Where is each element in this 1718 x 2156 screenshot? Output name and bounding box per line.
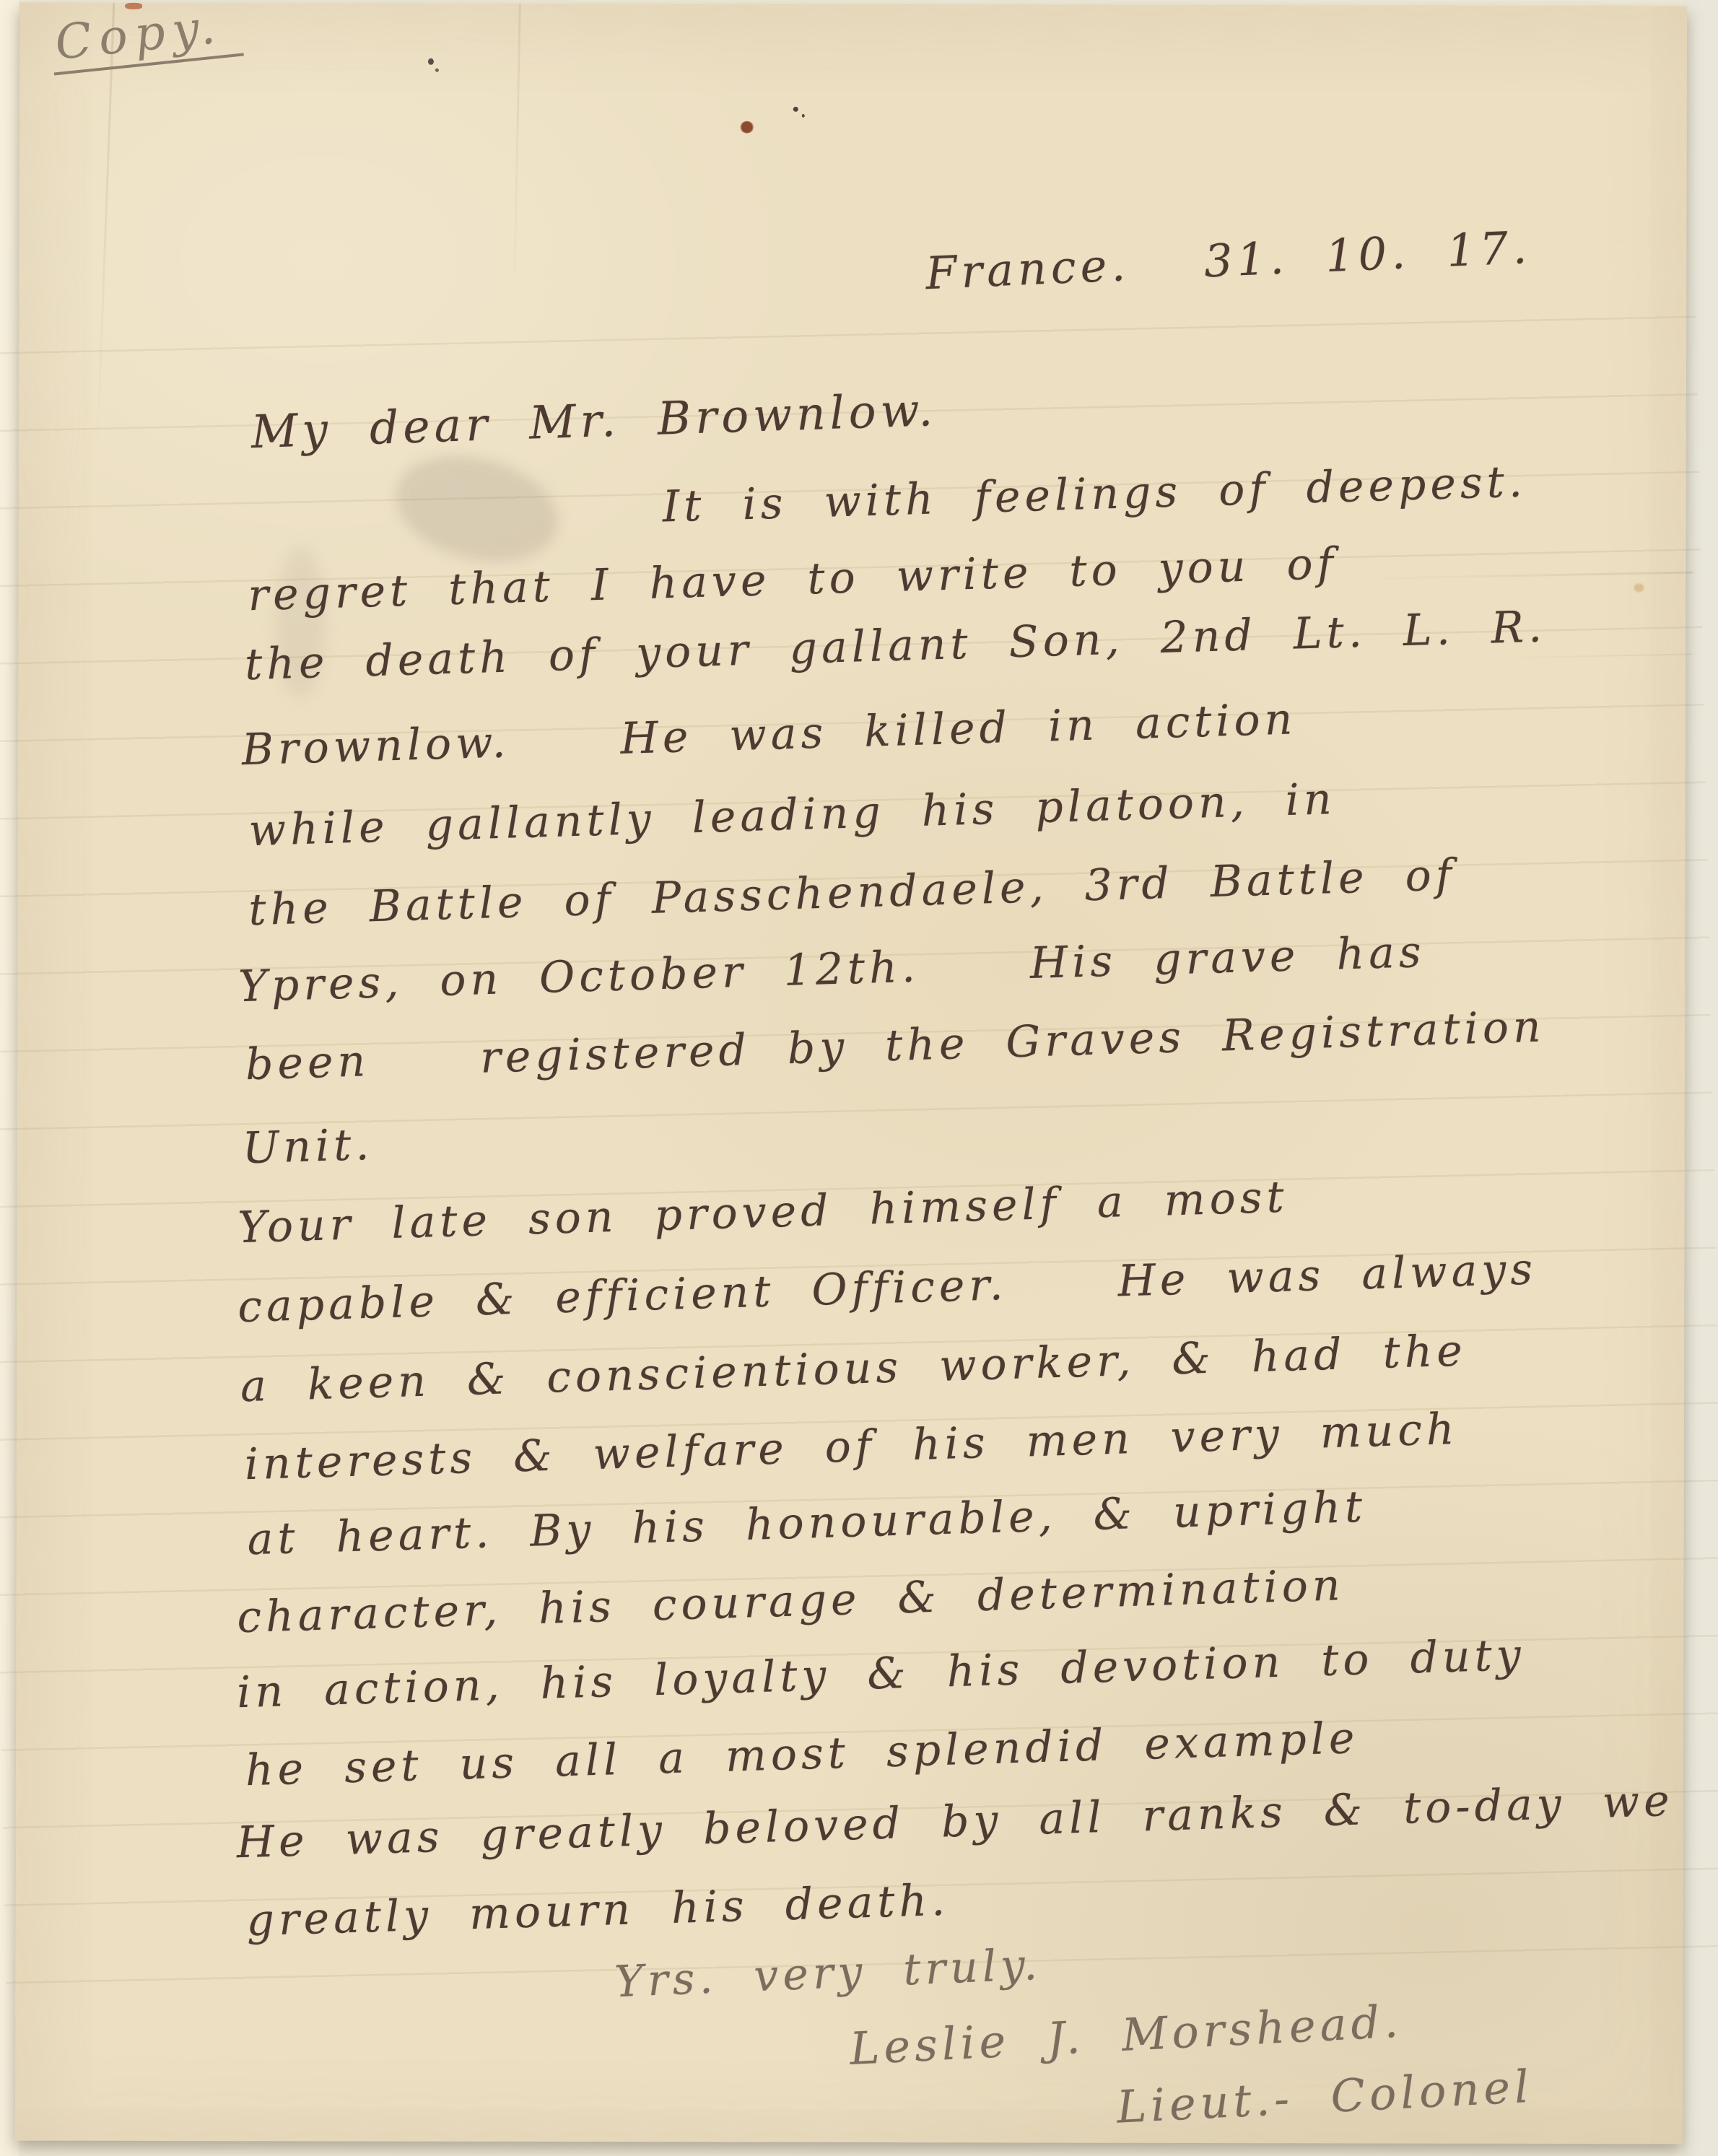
- crease-mark: [96, 3, 115, 465]
- speck: [802, 114, 805, 118]
- handwritten-line: Your late son proved himself a most: [237, 1172, 1289, 1254]
- handwritten-line: in action, his loyalty & his devotion to…: [236, 1630, 1525, 1718]
- crease-mark: [513, 4, 520, 314]
- speck: [435, 69, 439, 72]
- speck: [428, 58, 434, 65]
- handwritten-line: character, his courage & determination: [236, 1560, 1345, 1643]
- signature-name: Leslie J. Morshead.: [848, 1995, 1403, 2075]
- handwritten-line: Unit.: [242, 1120, 375, 1174]
- handwritten-line: while gallantly leading his platoon, in: [248, 774, 1337, 856]
- letter-paper: Copy. France. 31. 10. 17. My dear Mr. Br…: [15, 3, 1687, 2144]
- salutation: My dear Mr. Brownlow.: [250, 383, 938, 458]
- handwritten-line: Brownlow. He was killed in action: [241, 694, 1297, 775]
- scanned-letter-page: { "letter": { "annotation": "Copy.", "da…: [0, 0, 1718, 2156]
- signature-rank: Lieut.- Colonel: [1115, 2060, 1534, 2134]
- crease-mark: [1483, 653, 1693, 658]
- handwritten-line: at heart. By his honourable, & upright: [247, 1482, 1367, 1565]
- handwritten-line: Ypres, on October 12th. His grave has: [237, 927, 1426, 1012]
- handwritten-line: greatly mourn his death.: [246, 1875, 951, 1947]
- handwritten-line: It is with feelings of deepest.: [662, 456, 1527, 532]
- copy-annotation: Copy.: [48, 0, 244, 75]
- smudge: [384, 440, 570, 578]
- handwritten-line: a keen & conscientious worker, & had the: [240, 1325, 1468, 1412]
- speck: [793, 107, 798, 112]
- handwritten-line: the Battle of Passchendaele, 3rd Battle …: [248, 850, 1456, 935]
- handwritten-line: capable & efficient Officer. He was alwa…: [237, 1244, 1538, 1332]
- dateline: France. 31. 10. 17.: [925, 221, 1532, 300]
- handwritten-line: regret that I have to write to you of: [247, 538, 1338, 621]
- handwritten-line: he set us all a most splendid example: [245, 1713, 1359, 1796]
- handwritten-line: interests & welfare of his men very much: [244, 1404, 1460, 1490]
- crease-mark: [1353, 572, 1693, 580]
- stain-yellow: [1634, 583, 1644, 592]
- closing: Yrs. very truly.: [614, 1939, 1042, 2008]
- handwritten-line: been registered by the Graves Registrati…: [245, 1001, 1545, 1090]
- ink-stain: [740, 121, 754, 134]
